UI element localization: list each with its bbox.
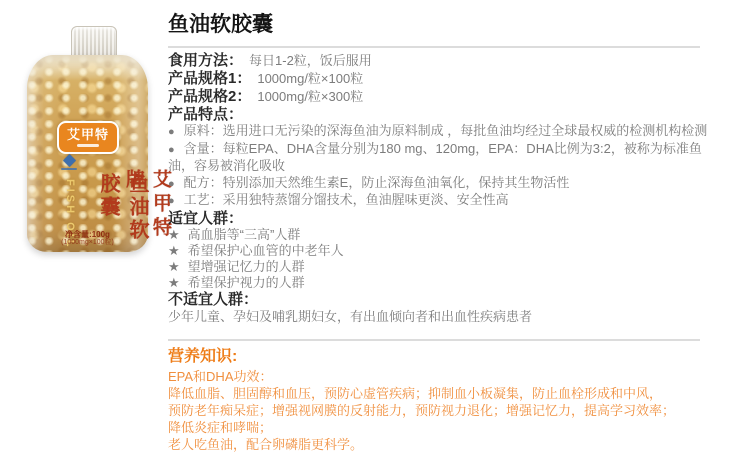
bullet-icon: ●: [168, 144, 175, 156]
spec2-row: 产品规格2：1000mg/粒×300粒: [168, 88, 720, 106]
feature-item: ●原料：选用进口无污染的深海鱼油为原料制成 ，每批鱼油均经过全球最权威的检测机构…: [168, 123, 720, 141]
bullet-icon: ●: [168, 195, 175, 207]
net-content: 净含量:100g (1000mg×100粒): [27, 230, 148, 247]
nutrition-line: EPA和DHA功效：: [168, 368, 720, 385]
spec2-value: 1000mg/粒×300粒: [257, 89, 363, 104]
unsuitable-text: 少年儿童、孕妇及哺乳期妇女，有出血倾向者和出血性疾病患者: [168, 308, 720, 325]
suitable-item: ★望增强记忆力的人群: [168, 259, 720, 275]
suitable-item: ★希望保护心血管的中老年人: [168, 243, 720, 259]
star-icon: ★: [168, 243, 180, 258]
suitable-item: ★希望保护视力的人群: [168, 275, 720, 291]
brand-badge-subtext-bar: [77, 144, 99, 147]
net-content-detail: (1000mg×100粒): [27, 239, 148, 247]
feature-item: ●配方：特别添加天然维生素E，防止深海鱼油氧化，保持其生物活性: [168, 175, 720, 193]
nutrition-line: 老人吃鱼油，配合卵磷脂更科学。: [168, 436, 720, 453]
spec2-label: 产品规格2：: [168, 88, 251, 105]
usage-row: 食用方法：每日1-2粒，饭后服用: [168, 52, 720, 70]
nutrition-heading: 营养知识:: [168, 347, 720, 367]
divider-top: [168, 46, 700, 48]
bottle-body: 艾甲特 FISH OIL 鱼油软胶囊 艾甲特牌 净含量:100g (1000mg…: [27, 55, 148, 252]
usage-value: 每日1-2粒，饭后服用: [249, 53, 372, 68]
product-details: 鱼油软胶囊 食用方法：每日1-2粒，饭后服用 产品规格1：1000mg/粒×10…: [168, 6, 720, 453]
spec1-value: 1000mg/粒×100粒: [257, 71, 363, 86]
net-content-text: 净含量:100g: [27, 230, 148, 239]
star-icon: ★: [168, 275, 180, 290]
page-title: 鱼油软胶囊: [168, 12, 720, 38]
nutrition-line: 降低炎症和哮喘；: [168, 419, 720, 436]
star-icon: ★: [168, 259, 180, 274]
unsuitable-heading: 不适宜人群：: [168, 291, 720, 308]
divider-bottom: [168, 339, 700, 341]
bullet-icon: ●: [168, 126, 175, 138]
certification-icon: [60, 156, 78, 172]
usage-label: 食用方法：: [168, 52, 243, 69]
product-photo: 艾甲特 FISH OIL 鱼油软胶囊 艾甲特牌 净含量:100g (1000mg…: [25, 26, 151, 254]
feature-item: ●工艺：采用独特蒸馏分馏技术，鱼油腥味更淡、安全性高: [168, 192, 720, 210]
brand-badge-text: 艾甲特: [67, 128, 109, 142]
bullet-icon: ●: [168, 178, 175, 190]
features-heading: 产品特点：: [168, 106, 720, 123]
nutrition-line: 降低血脂、胆固醇和血压，预防心虚管疾病；抑制血小板凝集，防止血栓形成和中风，: [168, 385, 720, 402]
brand-badge: 艾甲特: [57, 121, 119, 154]
spec1-row: 产品规格1：1000mg/粒×100粒: [168, 70, 720, 88]
spec1-label: 产品规格1：: [168, 70, 251, 87]
suitable-heading: 适宜人群：: [168, 210, 720, 227]
feature-item: ●含量：每粒EPA、DHA含量分别为180 mg、120mg，EPA：DHA比例…: [168, 141, 720, 175]
star-icon: ★: [168, 227, 180, 242]
diamond-icon: [63, 154, 76, 167]
suitable-item: ★高血脂等“三高”人群: [168, 227, 720, 243]
nutrition-line: 预防老年痴呆症；增强视网膜的反射能力，预防视力退化；增强记忆力，提高学习效率；: [168, 402, 720, 419]
